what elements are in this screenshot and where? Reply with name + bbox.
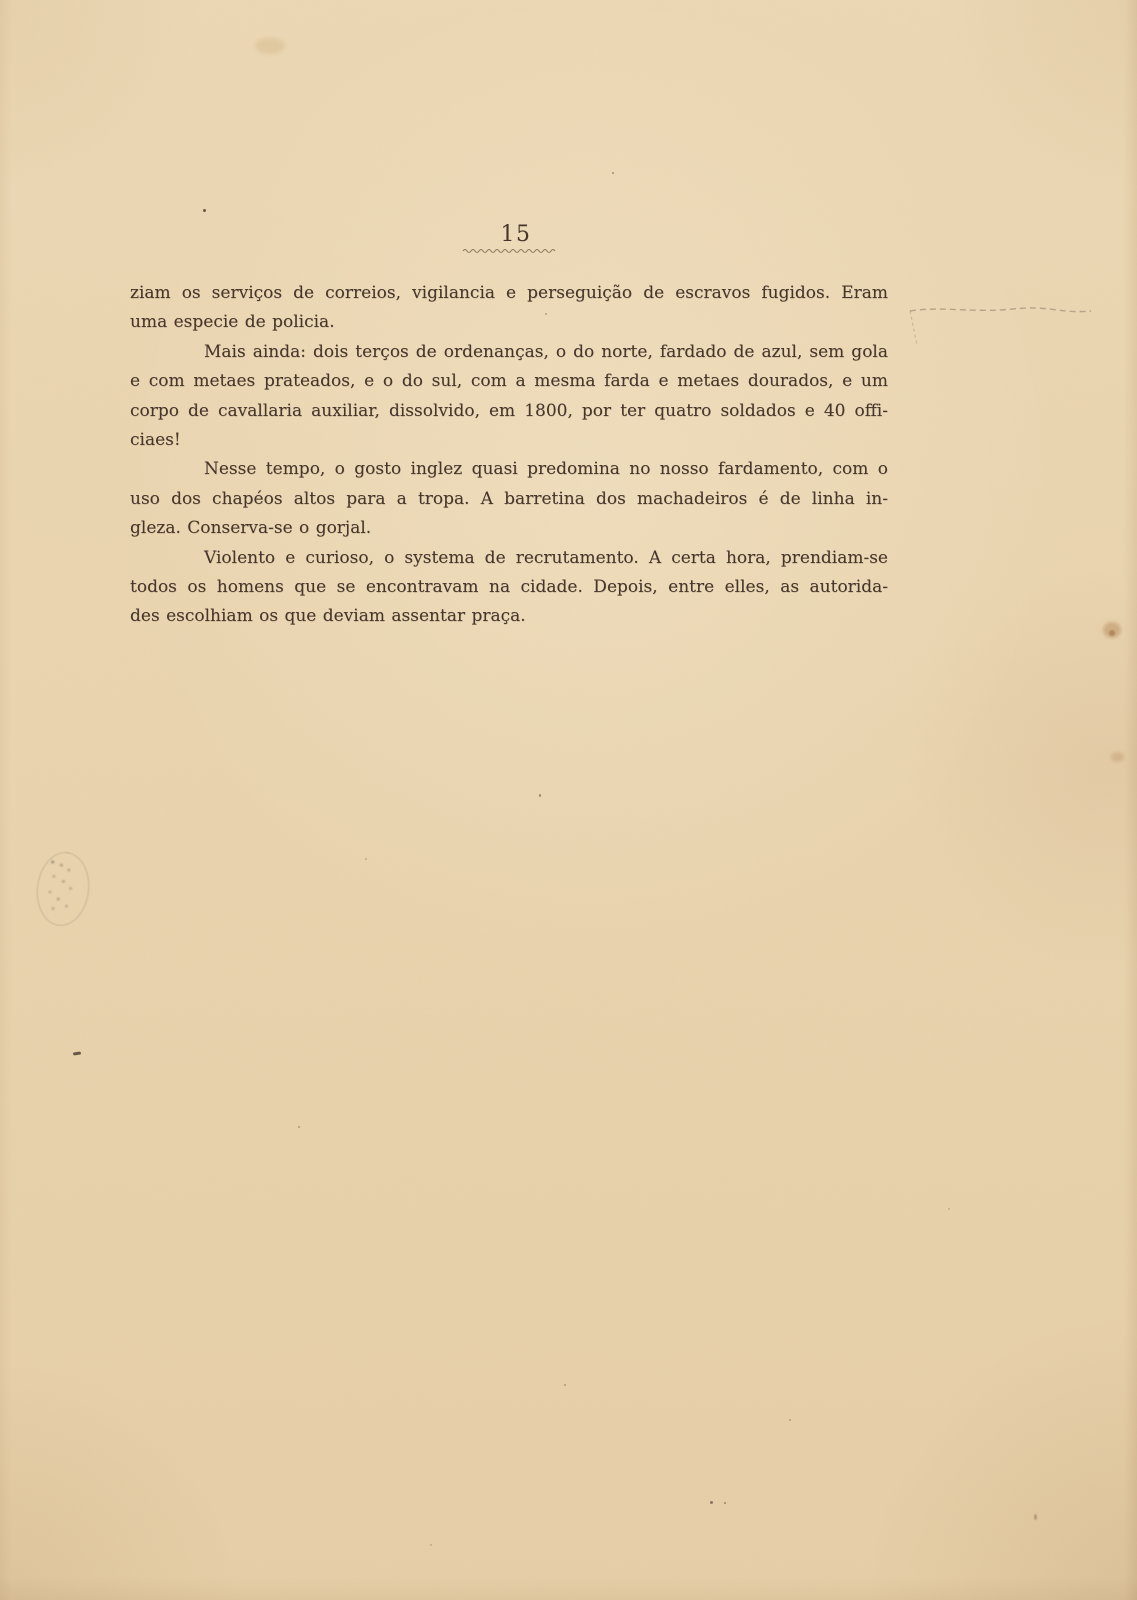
text-line: ziam os serviços de correios, vigilancia… — [130, 279, 888, 308]
text-line: gleza. Conserva-se o gorjal. — [130, 514, 888, 543]
page-number: 15 — [478, 222, 554, 247]
text-line: todos os homens que se encontravam na ci… — [130, 573, 888, 602]
speck — [789, 1419, 791, 1421]
text-line: ciaes! — [130, 426, 888, 455]
paragraph: Mais ainda: dois terços de ordenanças, o… — [130, 338, 888, 456]
speck — [1034, 1514, 1037, 1520]
page-edge-shading — [0, 0, 1137, 1600]
book-page: 15 ziam os serviços de correios, vigilan… — [0, 0, 1137, 1600]
ink-stamp — [33, 849, 94, 929]
text-line: uso dos chapéos altos para a tropa. A ba… — [130, 485, 888, 514]
text-line: Violento e curioso, o systema de recruta… — [130, 544, 888, 573]
speck — [430, 1544, 432, 1546]
speck — [539, 794, 541, 797]
text-line: uma especie de policia. — [130, 308, 888, 337]
text-line: e com metaes prateados, e o do sul, com … — [130, 367, 888, 396]
speck — [948, 1208, 950, 1210]
speck — [73, 1051, 81, 1055]
stain — [1103, 622, 1121, 638]
speck — [298, 1126, 300, 1128]
text-line: des escolhiam os que deviam assentar pra… — [130, 602, 888, 631]
text-line: corpo de cavallaria auxiliar, dissolvido… — [130, 397, 888, 426]
speck — [365, 858, 367, 860]
text-block: ziam os serviços de correios, vigilancia… — [130, 279, 888, 632]
paragraph: Violento e curioso, o systema de recruta… — [130, 544, 888, 632]
stain — [1111, 752, 1124, 762]
speck — [710, 1501, 713, 1504]
paragraph: Nesse tempo, o gosto inglez quasi predom… — [130, 455, 888, 543]
speck — [612, 172, 614, 174]
stain — [255, 38, 285, 54]
paragraph: ziam os serviços de correios, vigilancia… — [130, 279, 888, 338]
stain — [1109, 630, 1115, 636]
speck — [724, 1502, 726, 1504]
paper-grain-texture — [0, 0, 1137, 1600]
pencil-mark — [895, 295, 1105, 355]
text-line: Mais ainda: dois terços de ordenanças, o… — [130, 338, 888, 367]
speck — [203, 209, 206, 212]
speck — [564, 1384, 566, 1386]
text-line: Nesse tempo, o gosto inglez quasi predom… — [130, 455, 888, 484]
